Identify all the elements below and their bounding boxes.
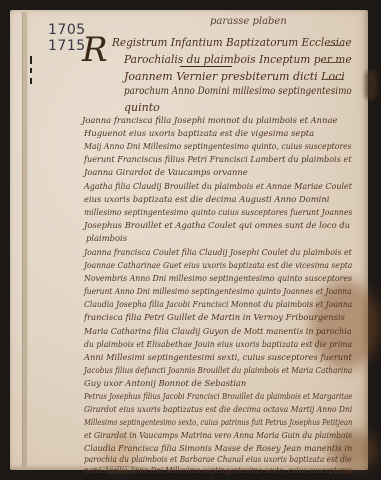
binding-fold <box>22 12 28 467</box>
heading-line: Registrum Infantium Baptizatorum Ecclesi… <box>112 36 352 49</box>
entry-line: millesimo septingentesimo quinto cuius s… <box>84 207 352 217</box>
binding-thread <box>30 78 32 84</box>
entry-line: eius uxoris baptizata est die decima Aug… <box>84 194 329 204</box>
entry-line: Joannae Catharinae Guet eius uxoris bapt… <box>84 260 352 270</box>
entry-line: Maij Anno Dni Millesimo septingentesimo … <box>84 141 352 151</box>
line-filler <box>324 62 342 63</box>
top-note: parasse plaben <box>210 16 287 27</box>
entry-line: Petrus Josephus filius Jacobi Francisci … <box>84 391 352 401</box>
entry-line: fuerunt Franciscus filius Petri Francisc… <box>84 154 352 164</box>
entry-line: Agatha filia Claudij Brouillet du plaimb… <box>84 181 352 191</box>
decorated-initial: R <box>82 30 108 70</box>
entry-line: Joanna francisca filia Josephi monnot du… <box>82 115 337 125</box>
entry-line: du plaimbois et Elisabethae Jouin eius u… <box>84 339 352 349</box>
heading-line: quinto <box>124 101 160 114</box>
entry-line: Jacobus filius defuncti Joannis Brouille… <box>84 365 352 375</box>
heading-line: Parochialis du plaimbois Inceptum per me <box>124 53 352 66</box>
margin-year-start: 1705 <box>48 22 86 38</box>
binding-thread <box>30 56 32 64</box>
entry-line: plaimbois <box>86 233 127 243</box>
heading-line: parochum Anno Domini millesimo septingen… <box>124 86 352 97</box>
entry-line: Millesimo septingentesimo sexto, cuius p… <box>84 417 352 427</box>
entry-line: Maria Catharina filia Claudij Guyon de M… <box>84 326 352 336</box>
heading-line: Joannem Vernier presbiterum dicti Loci <box>124 70 345 83</box>
entry-line: et Girardot in Vaucamps Matrina vero Ann… <box>84 430 352 440</box>
entry-line: Joanna francisca Coulet filia Claudij Jo… <box>84 247 352 257</box>
entry-line: Claudia Francisca filia Simonis Masse de… <box>84 443 352 453</box>
entry-line: Josephus Brouillet et Agatha Coulet qui … <box>84 220 350 230</box>
entry-line: Novembris Anno Dni millesimo septingente… <box>84 273 352 283</box>
entry-line: Anni Millesimi septingentesimi sexti, cu… <box>84 352 352 362</box>
entry-line: Joanna Girardot de Vaucamps orvanne <box>84 167 248 177</box>
line-filler <box>324 79 342 80</box>
margin-year-end: 1715 <box>48 38 86 54</box>
line-filler <box>326 45 344 46</box>
binding-mark <box>365 70 377 100</box>
entry-line: francisca filia Petri Guillet de Martin … <box>84 312 345 322</box>
underline <box>180 66 232 67</box>
entry-line: Claudia Josepha filia Jacobi Francisci M… <box>84 299 352 309</box>
entry-line: parochia du plaimbois et Barbarae Chanal… <box>84 454 352 464</box>
entry-line: fuerunt Anno Dni millesimo septingentesi… <box>84 286 352 296</box>
entry-line: Girardot eius uxoris baptizatus est die … <box>84 404 352 414</box>
page-edge <box>90 466 150 473</box>
entry-line: Guy uxor Antonij Bonnot de Sebastian <box>84 378 246 388</box>
entry-line: Huguenot eius uxoris baptizata est die v… <box>84 128 314 138</box>
binding-thread <box>30 68 32 73</box>
